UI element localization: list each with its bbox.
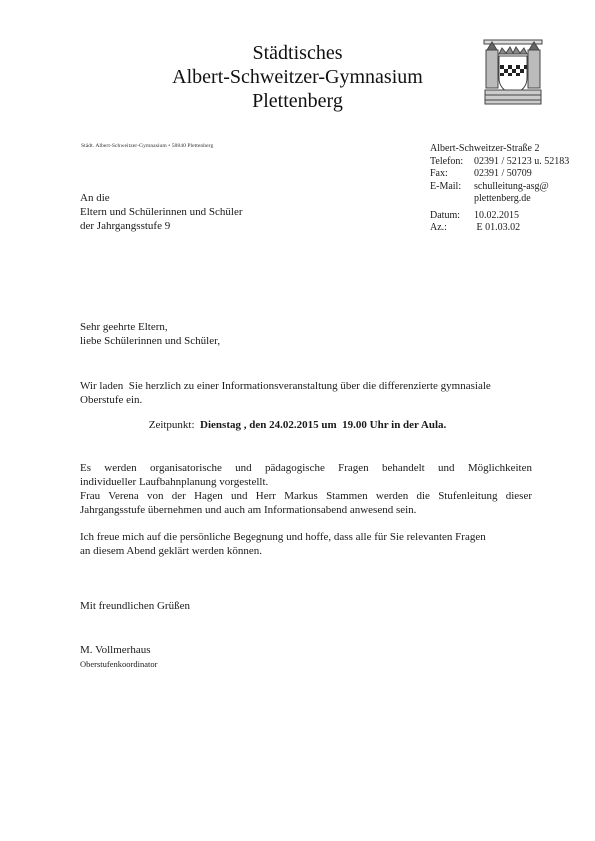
salutation: Sehr geehrte Eltern, liebe Schülerinnen … [80, 320, 220, 348]
event-time-label: Zeitpunkt: [149, 419, 195, 431]
recipient-address: An die Eltern und Schülerinnen und Schül… [80, 191, 243, 233]
signer-role: Oberstufenkoordinator [80, 657, 157, 671]
details-paragraph: Es werden organisatorische und pädagogis… [80, 461, 532, 517]
reference-value: E 01.03.02 [474, 222, 520, 235]
event-time-value: Dienstag , den 24.02.2015 um 19.00 Uhr i… [200, 419, 446, 431]
email-label: E-Mail: [430, 181, 474, 194]
reference-label: Az.: [430, 222, 474, 235]
paragraph-line: Oberstufe ein. [80, 393, 532, 407]
signer-name: M. Vollmerhaus [80, 643, 157, 657]
paragraph-line: Es werden organisatorische und pädagogis… [80, 461, 532, 475]
paragraph-line: Ich freue mich auf die persönliche Begeg… [80, 530, 532, 544]
date-value: 10.02.2015 [474, 210, 519, 223]
fax-label: Fax: [430, 168, 474, 181]
paragraph-line: Jahrgangsstufe übernehmen und auch am In… [80, 503, 532, 517]
paragraph-line: Wir laden Sie herzlich zu einer Informat… [80, 379, 532, 393]
recipient-line: Eltern und Schülerinnen und Schüler [80, 205, 243, 219]
salutation-line: Sehr geehrte Eltern, [80, 320, 220, 334]
paragraph-line: individueller Laufbahnplanung vorgestell… [80, 475, 532, 489]
coat-of-arms-icon [481, 38, 545, 108]
closing-paragraph: Ich freue mich auf die persönliche Begeg… [80, 530, 532, 558]
recipient-line: An die [80, 191, 243, 205]
recipient-line: der Jahrgangsstufe 9 [80, 219, 243, 233]
street: Albert-Schweitzer-Straße 2 [430, 143, 569, 156]
phone-value: 02391 / 52123 u. 52183 [474, 156, 569, 169]
invitation-paragraph: Wir laden Sie herzlich zu einer Informat… [80, 379, 532, 407]
email-value-1[interactable]: schulleitung-asg@ [474, 181, 549, 194]
closing-phrase: Mit freundlichen Grüßen [80, 599, 190, 613]
event-time: Zeitpunkt: Dienstag , den 24.02.2015 um … [0, 419, 595, 431]
sender-line: Städt. Albert-Schweitzer-Gymnasium • 588… [81, 143, 213, 149]
phone-label: Telefon: [430, 156, 474, 169]
salutation-line: liebe Schülerinnen und Schüler, [80, 334, 220, 348]
paragraph-line: an diesem Abend geklärt werden können. [80, 544, 532, 558]
date-label: Datum: [430, 210, 474, 223]
paragraph-line: Frau Verena von der Hagen und Herr Marku… [80, 489, 532, 503]
signature-block: M. Vollmerhaus Oberstufenkoordinator [80, 643, 157, 671]
contact-block: Albert-Schweitzer-Straße 2 Telefon:02391… [430, 143, 569, 235]
email-value-2[interactable]: plettenberg.de [474, 193, 531, 206]
fax-value: 02391 / 50709 [474, 168, 532, 181]
